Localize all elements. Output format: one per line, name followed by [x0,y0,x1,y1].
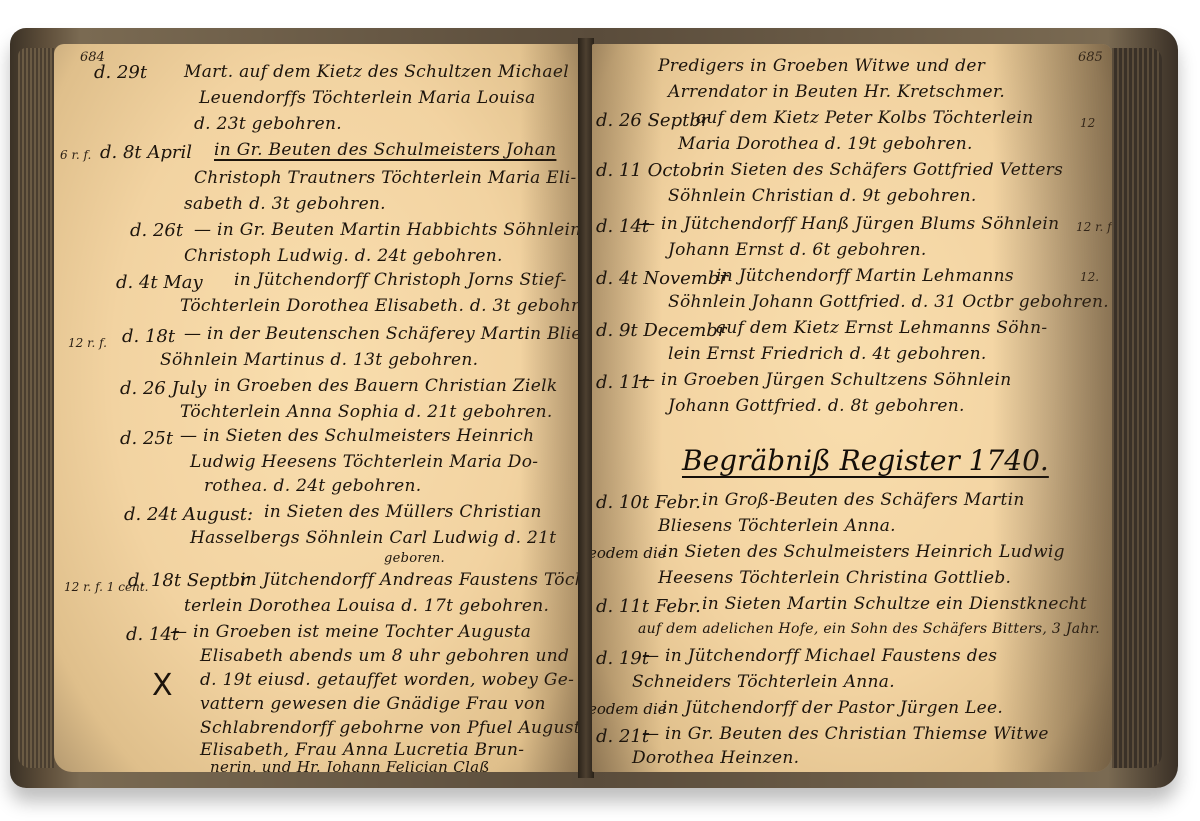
burial-line: in Groß-Beuten des Schäfers Martin [702,492,1025,509]
entry-date: d. 26 July [120,378,206,399]
entry-margin-note: 6 r. f. [60,148,91,162]
entry-line: Leuendorffs Töchterlein Maria Louisa [199,90,536,107]
entry-line: Söhnlein Christian d. 9t gebohren. [668,188,977,205]
entry-line: terlein Dorothea Louisa d. 17t gebohren. [184,598,549,615]
entry-line: Elisabeth, Frau Anna Lucretia Brun- [200,742,524,759]
entry-date: d. 9t Decembr [596,320,726,341]
entry-line: auf dem Kietz Ernst Lehmanns Söhn- [716,320,1047,337]
entry-margin-note: 12 r. f. [68,336,107,350]
burial-line: in Sieten Martin Schultze ein Dienstknec… [702,596,1087,613]
entry-date: d. 24t August: [124,504,253,525]
entry-line: auf dem Kietz Peter Kolbs Töchterlein [696,110,1033,127]
entry-date: d. 8t April [100,142,192,163]
entry-line: — in der Beutenschen Schäferey Martin Bl… [184,326,580,343]
entry-line: Johann Gottfried. d. 8t gebohren. [668,398,965,415]
continuation-line: Arrendator in Beuten Hr. Kretschmer. [668,84,1005,101]
entry-margin-note: 12. [1080,270,1099,284]
entry-line: vattern gewesen die Gnädige Frau von [200,696,546,713]
entry-line: Ludwig Heesens Töchterlein Maria Do- [190,454,538,471]
burial-line: Heesens Töchterlein Christina Gottlieb. [658,570,1011,587]
entry-line: — in Groeben Jürgen Schultzens Söhnlein [638,372,1011,389]
entry-line: — in Sieten des Schulmeisters Heinrich [180,428,534,445]
entry-date: d. 11 Octobr [596,160,711,181]
burial-line: in Jütchendorff der Pastor Jürgen Lee. [662,700,1003,717]
entry-line: — in Jütchendorff Hanß Jürgen Blums Söhn… [638,216,1059,233]
burial-line: Bliesens Töchterlein Anna. [658,518,896,535]
entry-line: in Sieten des Müllers Christian [264,504,542,521]
entry-date: d. 29t [94,62,147,83]
page-edges-left [18,48,54,768]
entry-margin-note: 12 [1080,116,1095,130]
margin-x-mark: X [152,668,173,703]
burial-date: d. 10t Febr. [596,492,701,513]
entry-margin-note: 12 r. f. [1076,220,1112,234]
entry-line: in Sieten des Schäfers Gottfried Vetters [708,162,1063,179]
burial-line: in Sieten des Schulmeisters Heinrich Lud… [662,544,1065,561]
entry-line: — in Groeben ist meine Tochter Augusta [170,624,531,641]
burial-line: — in Jütchendorff Michael Faustens des [642,648,997,665]
entry-line: Christoph Trautners Töchterlein Maria El… [194,170,577,187]
entry-line: Schlabrendorff gebohrne von Pfuel August… [200,720,580,737]
burial-date: d. 11t Febr. [596,596,701,617]
entry-date: d. 4t May [116,272,203,293]
page-number-right: 685 [1078,50,1103,65]
page-edges-right [1112,48,1162,768]
entry-line: Hasselbergs Söhnlein Carl Ludwig d. 21t [190,530,556,547]
burial-line: Dorothea Heinzen. [632,750,799,767]
entry-line: in Jütchendorff Andreas Faustens Töch- [240,572,580,589]
entry-line: in Jütchendorff Christoph Jorns Stief- [234,272,567,289]
left-page: 684 d. 29t Mart. auf dem Kietz des Schul… [54,44,580,772]
entry-line: geboren. [384,552,445,565]
open-book: 684 d. 29t Mart. auf dem Kietz des Schul… [10,28,1178,788]
entry-line: Töchterlein Anna Sophia d. 21t gebohren. [180,404,553,421]
continuation-line: Predigers in Groeben Witwe und der [658,58,985,75]
entry-line: in Jütchendorff Martin Lehmanns [716,268,1014,285]
entry-line: Elisabeth abends um 8 uhr gebohren und [200,648,569,665]
entry-date: d. 26 Septbr [596,110,709,131]
entry-line: Söhnlein Martinus d. 13t gebohren. [160,352,478,369]
right-page: 685 Predigers in Groeben Witwe und der A… [592,44,1112,772]
entry-line: Christoph Ludwig. d. 24t gebohren. [184,248,503,265]
entry-line: Söhnlein Johann Gottfried. d. 31 Octbr g… [668,294,1109,311]
burial-line: auf dem adelichen Hofe, ein Sohn des Sch… [638,622,1100,636]
entry-line: rothea. d. 24t gebohren. [204,478,421,495]
entry-line: Johann Ernst d. 6t gebohren. [668,242,927,259]
entry-date: d. 26t [130,220,183,241]
entry-line: sabeth d. 3t gebohren. [184,196,386,213]
entry-line: nerin, und Hr. Johann Felician Claß [210,760,490,772]
entry-line: — in Gr. Beuten Martin Habbichts Söhnlei… [194,222,580,239]
entry-line: Töchterlein Dorothea Elisabeth. d. 3t ge… [180,298,580,315]
entry-date: d. 4t Novembr [596,268,728,289]
burial-line: — in Gr. Beuten des Christian Thiemse Wi… [642,726,1049,743]
entry-line: in Gr. Beuten des Schulmeisters Johan [214,142,556,159]
entry-line: Maria Dorothea d. 19t gebohren. [678,136,973,153]
entry-date: d. 18t Septbr [128,570,249,591]
entry-line: d. 23t gebohren. [194,116,342,133]
section-heading: Begräbniß Register 1740. [682,444,1049,477]
burial-line: Schneiders Töchterlein Anna. [632,674,895,691]
entry-date: d. 25t [120,428,173,449]
entry-line: lein Ernst Friedrich d. 4t gebohren. [668,346,987,363]
entry-line: in Groeben des Bauern Christian Zielk [214,378,557,395]
entry-date: d. 18t [122,326,175,347]
burial-date: eodem die [592,700,667,718]
entry-line: Mart. auf dem Kietz des Schultzen Michae… [184,64,569,81]
burial-date: eodem die [592,544,667,562]
entry-line: d. 19t eiusd. getauffet worden, wobey Ge… [200,672,574,689]
